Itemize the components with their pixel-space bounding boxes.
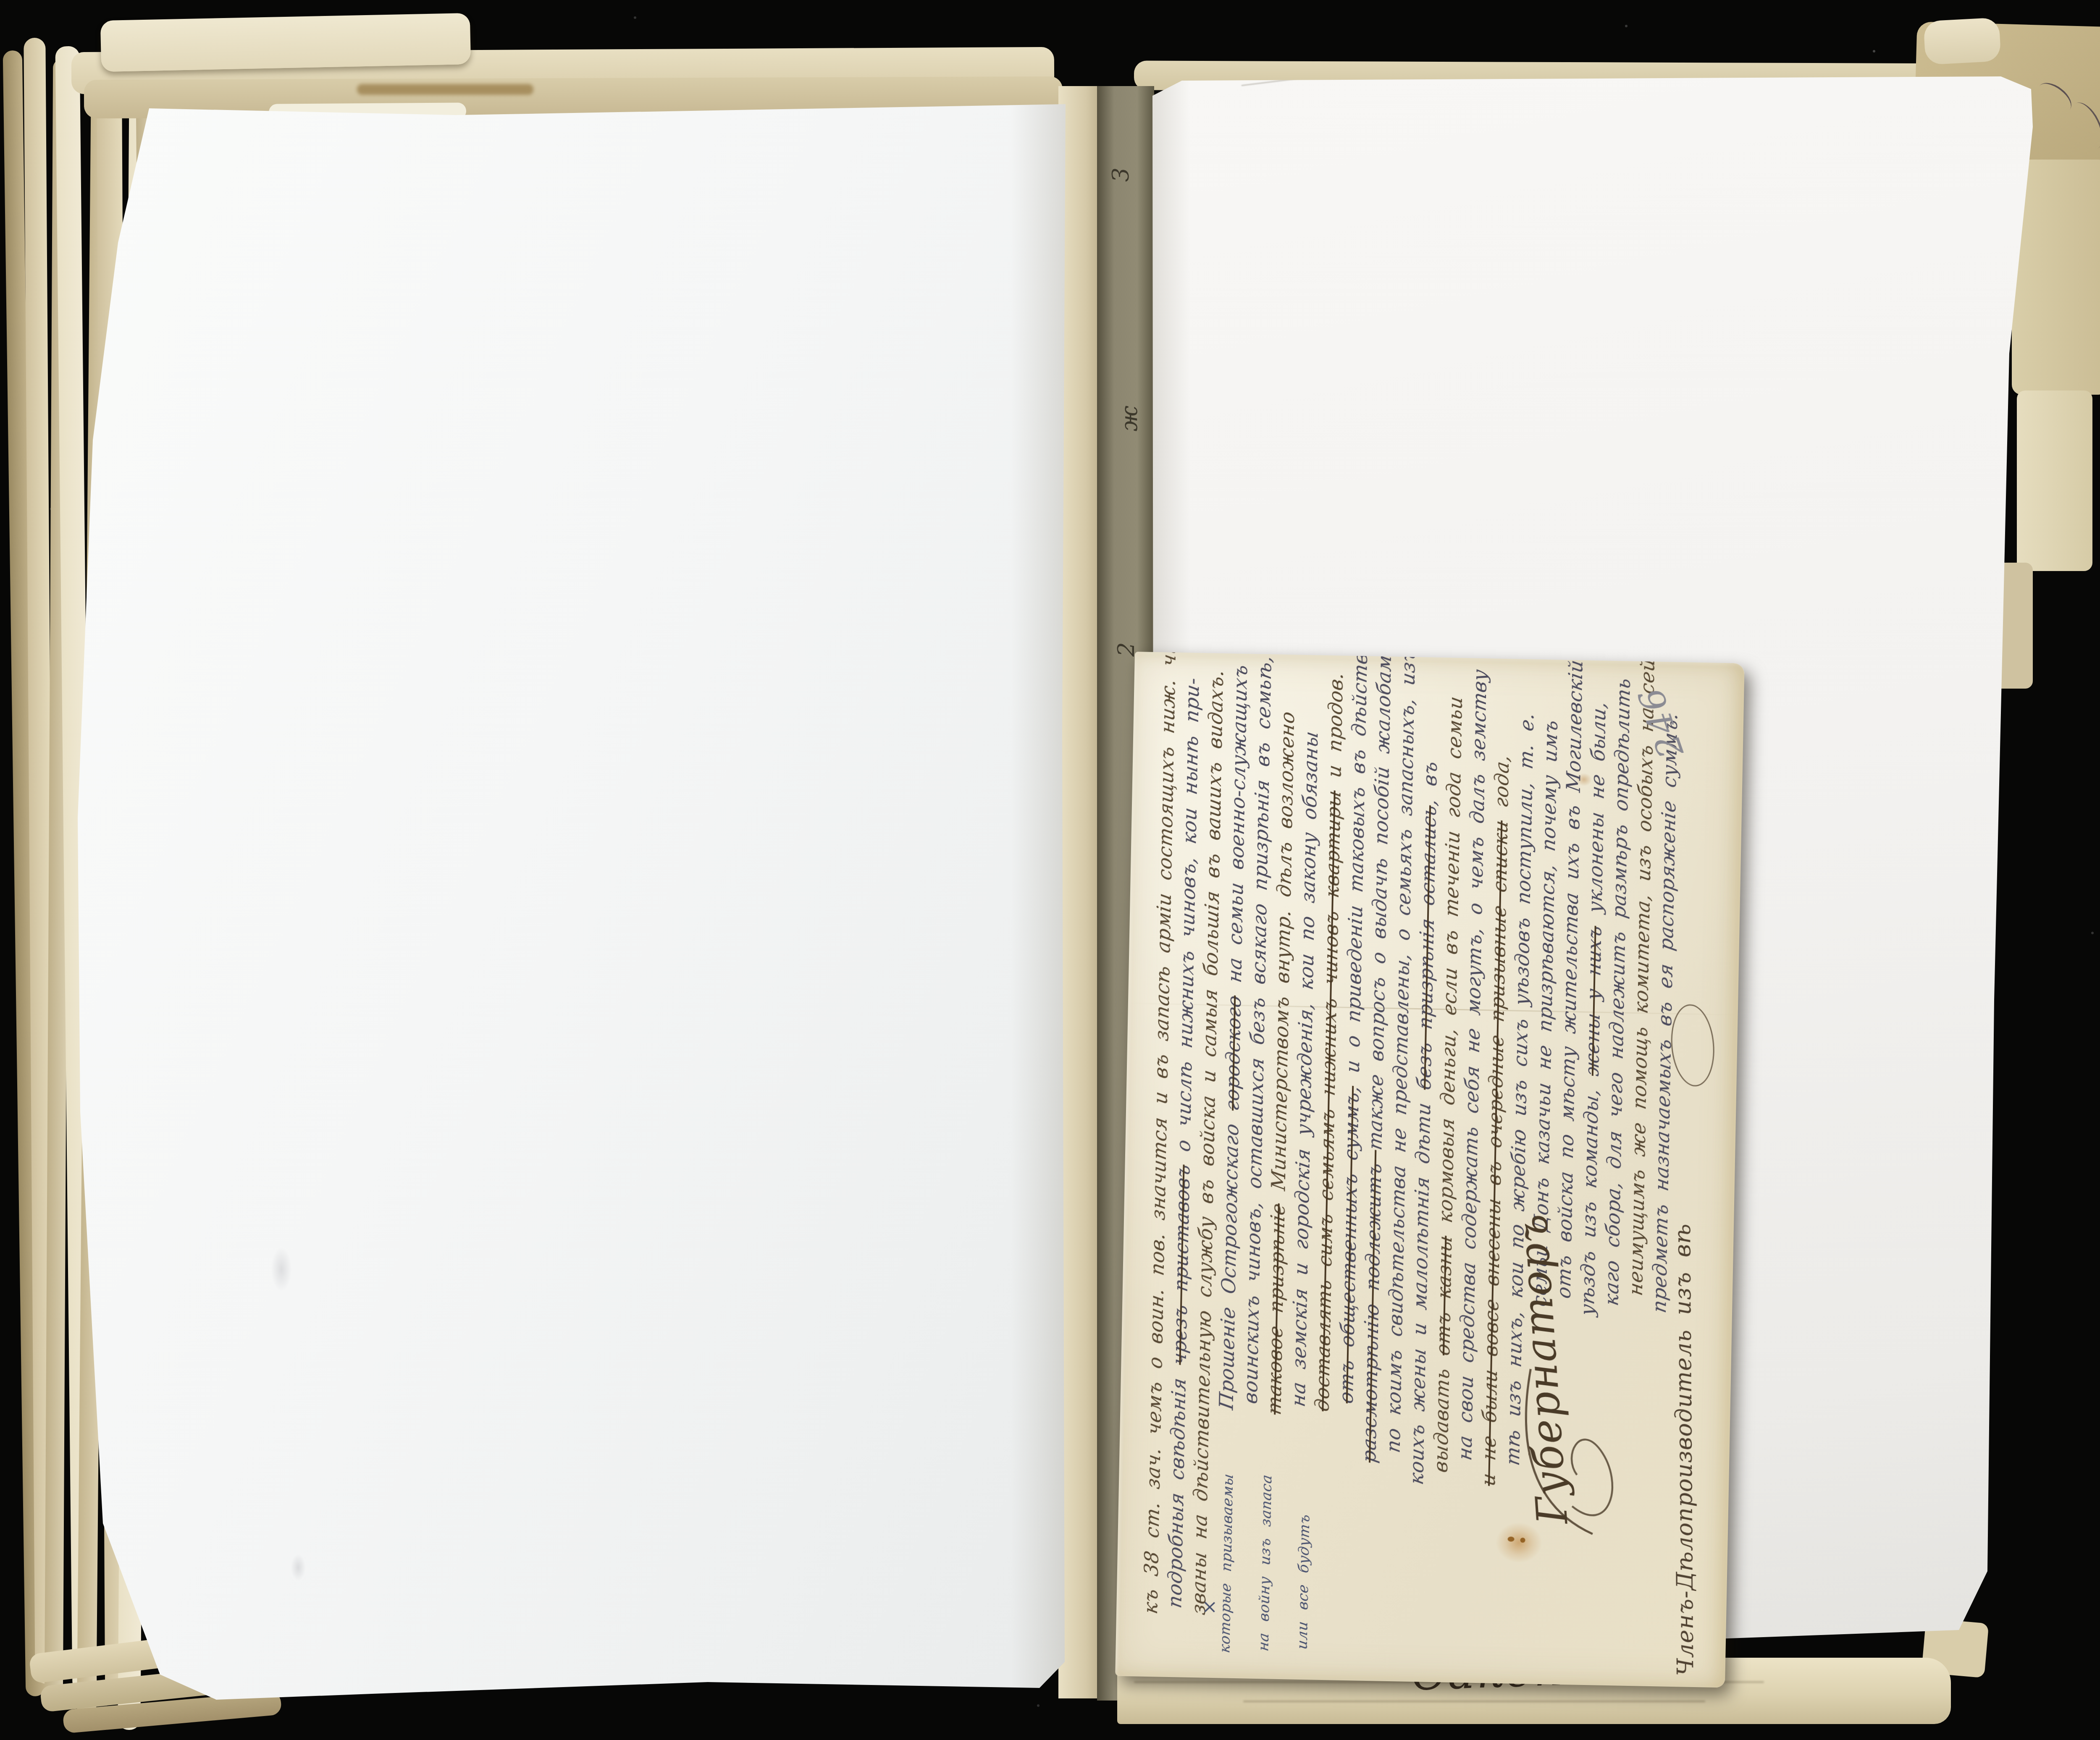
handwriting-text: уклонены не были, bbox=[1583, 700, 1610, 928]
left-blank-page bbox=[78, 104, 1066, 1700]
margin-note-line: или все будутъ bbox=[1294, 1513, 1313, 1651]
struck-text: городского bbox=[1221, 993, 1245, 1112]
dust-specks bbox=[0, 0, 2, 2]
handwriting-text: Прошеніе Острогожскаго bbox=[1215, 1108, 1243, 1411]
handwriting-text: выдавать bbox=[1429, 1353, 1454, 1474]
page-edge-stain bbox=[357, 84, 533, 95]
archive-photo: { "colors": { "background": "#070706", "… bbox=[0, 0, 2100, 1740]
struck-text: жены у нихъ bbox=[1580, 924, 1606, 1077]
struck-text: таковое призрѣніе bbox=[1263, 1201, 1289, 1416]
smudge-mark bbox=[267, 1238, 296, 1301]
handwriting-text: года, bbox=[1490, 753, 1514, 822]
struck-text: отъ казны bbox=[1431, 1234, 1456, 1357]
gutter-writing-fragment: З bbox=[1108, 168, 1134, 182]
document-readable-content: къ 38 ст. зач. чемъ о воин. пов. значитс… bbox=[1115, 652, 1745, 1688]
closing-line: Членъ-Дѣлопроизводитель изъ вѣ bbox=[1669, 1223, 1699, 1676]
smudge-mark bbox=[288, 1549, 309, 1586]
inserted-handwritten-document: къ 38 ст. зач. чемъ о воин. пов. значитс… bbox=[1115, 652, 1745, 1688]
handwriting-text: подробныя свѣдѣнія bbox=[1163, 1363, 1190, 1610]
gutter-writing-fragment: ж bbox=[1116, 406, 1142, 431]
margin-note-line: на войну изъ запаса bbox=[1255, 1473, 1275, 1652]
handwriting-text: уѣздъ изъ команды, bbox=[1576, 1074, 1603, 1318]
margin-note-line: которые призываемы bbox=[1216, 1473, 1236, 1654]
handwriting-text: и продов. bbox=[1323, 671, 1347, 792]
folded-page-corner bbox=[100, 13, 471, 72]
handwriting-text: , въ bbox=[1418, 760, 1441, 807]
struck-text: чрезъ приставовъ bbox=[1168, 1163, 1194, 1367]
gutter-shading bbox=[1011, 104, 1066, 1700]
struck-text: безъ призрѣнія остались bbox=[1412, 803, 1441, 1091]
paper-wrinkle bbox=[1243, 1701, 1705, 1702]
struck-text: разсмотрѣнію подлежитъ bbox=[1357, 1148, 1386, 1464]
page-edge-strip bbox=[2017, 390, 2092, 571]
page-corner-curl bbox=[1923, 17, 2001, 65]
